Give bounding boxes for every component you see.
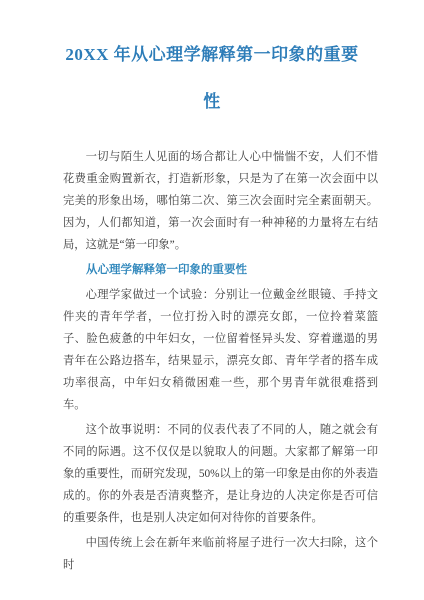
paragraph: 一切与陌生人见面的场合都让人心中惴惴不安，人们不惜花费重金购置新衣，打造新形象，… bbox=[63, 146, 378, 256]
document-page: 20XX 年从心理学解释第一印象的重要 性 一切与陌生人见面的场合都让人心中惴惴… bbox=[0, 0, 424, 600]
document-title: 20XX 年从心理学解释第一印象的重要 性 bbox=[0, 46, 424, 110]
paragraph: 中国传统上会在新年来临前将屋子进行一次大扫除，这个时 bbox=[63, 532, 378, 576]
document-title-line-1: 20XX 年从心理学解释第一印象的重要 bbox=[0, 46, 424, 63]
section-heading: 从心理学解释第一印象的重要性 bbox=[63, 259, 378, 281]
document-body: 一切与陌生人见面的场合都让人心中惴惴不安，人们不惜花费重金购置新衣，打造新形象，… bbox=[63, 146, 378, 576]
paragraph: 心理学家做过一个试验：分别让一位戴金丝眼镜、手持文件夹的青年学者，一位打扮入时的… bbox=[63, 284, 378, 416]
paragraph: 这个故事说明：不同的仪表代表了不同的人，随之就会有不同的际遇。这不仅仅是以貌取人… bbox=[63, 419, 378, 529]
document-title-line-2: 性 bbox=[0, 93, 424, 110]
